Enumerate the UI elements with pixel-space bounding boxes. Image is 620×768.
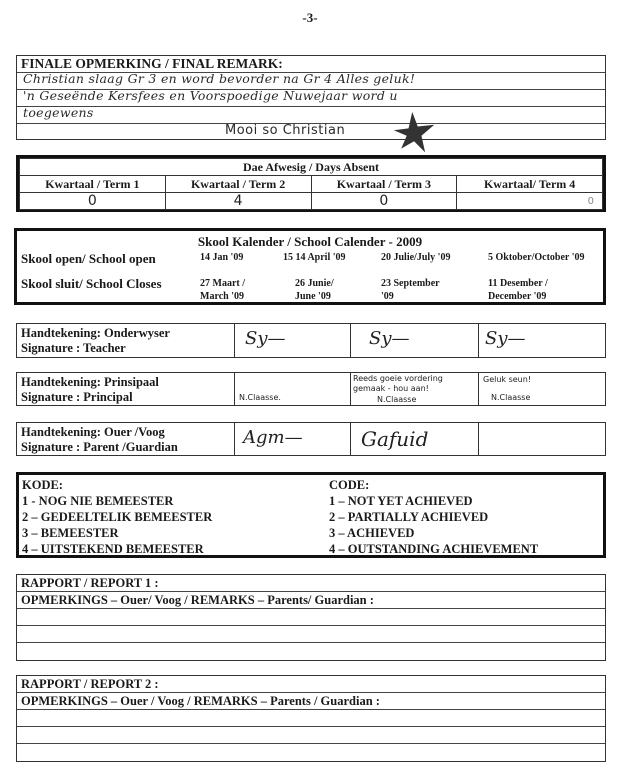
final-remark-heading: FINALE OPMERKING / FINAL REMARK: bbox=[21, 56, 283, 72]
teacher-signature-term-1[interactable]: Sy— bbox=[235, 324, 351, 357]
term-3-header: Kwartaal / Term 3 bbox=[311, 176, 457, 193]
open-date-term-4: 5 Oktober/October '09 bbox=[488, 251, 584, 264]
days-absent-table: Dae Afwesig / Days Absent Kwartaal / Ter… bbox=[16, 155, 606, 212]
term-4-value: 0 bbox=[457, 193, 603, 210]
parent-signature-term-2[interactable]: Gafuid bbox=[351, 423, 479, 455]
parent-signature-term-1[interactable]: Agm— bbox=[235, 423, 351, 455]
report-2-remark-line-2[interactable] bbox=[17, 727, 605, 744]
term-2-value: 4 bbox=[165, 193, 311, 210]
final-remark-box: FINALE OPMERKING / FINAL REMARK: Christi… bbox=[16, 55, 606, 140]
days-absent-title: Dae Afwesig / Days Absent bbox=[20, 159, 603, 176]
star-stamp-icon bbox=[392, 110, 438, 156]
report-2-box: RAPPORT / REPORT 2 : OPMERKINGS – Ouer /… bbox=[16, 675, 606, 762]
report-1-remark-line-1[interactable] bbox=[17, 609, 605, 626]
report-1-remark-line-3[interactable] bbox=[17, 643, 605, 660]
report-2-remark-line-1[interactable] bbox=[17, 710, 605, 727]
report-2-heading: RAPPORT / REPORT 2 : bbox=[17, 676, 605, 693]
close-date-term-1: 27 Maart / March '09 bbox=[200, 277, 245, 303]
teacher-signature-row: Handtekening: Onderwyser Signature : Tea… bbox=[16, 323, 606, 358]
teacher-signature-term-3[interactable]: Sy— bbox=[479, 324, 605, 357]
principal-signature-row: Handtekening: Prinsipaal Signature : Pri… bbox=[16, 372, 606, 406]
parent-signature-term-3[interactable] bbox=[479, 423, 605, 455]
report-1-box: RAPPORT / REPORT 1 : OPMERKINGS – Ouer/ … bbox=[16, 574, 606, 661]
term-2-header: Kwartaal / Term 2 bbox=[165, 176, 311, 193]
term-1-header: Kwartaal / Term 1 bbox=[20, 176, 166, 193]
remark-line-2: 'n Geseënde Kersfees en Voorspoedige Nuw… bbox=[23, 88, 398, 103]
remark-signoff: Mooi so Christian bbox=[225, 123, 345, 138]
teacher-signature-term-2[interactable]: Sy— bbox=[351, 324, 479, 357]
close-date-term-3: 23 September '09 bbox=[381, 277, 440, 303]
teacher-signature-label: Handtekening: Onderwyser Signature : Tea… bbox=[17, 324, 235, 357]
open-date-term-2: 15 14 April '09 bbox=[283, 251, 346, 264]
report-1-subheading: OPMERKINGS – Ouer/ Voog / REMARKS – Pare… bbox=[17, 592, 605, 609]
code-legend-box: KODE: 1 - NOG NIE BEMEESTER 2 – GEDEELTE… bbox=[16, 472, 606, 558]
calendar-title: Skool Kalender / School Calender - 2009 bbox=[17, 234, 603, 250]
term-4-header: Kwartaal/ Term 4 bbox=[457, 176, 603, 193]
school-open-label: Skool open/ School open bbox=[21, 251, 156, 267]
rule-line bbox=[17, 106, 605, 107]
report-2-subheading: OPMERKINGS – Ouer / Voog / REMARKS – Par… bbox=[17, 693, 605, 710]
parent-signature-row: Handtekening: Ouer /Voog Signature : Par… bbox=[16, 422, 606, 456]
principal-signature-term-1[interactable]: N.Claasse. bbox=[235, 373, 351, 405]
remark-line-1: Christian slaag Gr 3 en word bevorder na… bbox=[23, 71, 415, 86]
open-date-term-3: 20 Julie/July '09 bbox=[381, 251, 450, 264]
school-close-label: Skool sluit/ School Closes bbox=[21, 276, 162, 292]
code-legend-afrikaans: KODE: 1 - NOG NIE BEMEESTER 2 – GEDEELTE… bbox=[22, 477, 212, 557]
school-calendar-box: Skool Kalender / School Calender - 2009 … bbox=[14, 228, 606, 305]
page-number: -3- bbox=[0, 10, 620, 26]
term-3-value: 0 bbox=[311, 193, 457, 210]
principal-signature-term-2[interactable]: Reeds goeie vordering gemaak - hou aan! … bbox=[351, 373, 479, 405]
close-date-term-4: 11 Desember / December '09 bbox=[488, 277, 548, 303]
report-1-heading: RAPPORT / REPORT 1 : bbox=[17, 575, 605, 592]
report-2-remark-line-3[interactable] bbox=[17, 744, 605, 761]
remark-line-3: toegewens bbox=[23, 105, 94, 120]
open-date-term-1: 14 Jan '09 bbox=[200, 251, 243, 264]
parent-signature-label: Handtekening: Ouer /Voog Signature : Par… bbox=[17, 423, 235, 455]
principal-signature-term-3[interactable]: Geluk seun! N.Claasse bbox=[479, 373, 605, 405]
term-1-value: 0 bbox=[20, 193, 166, 210]
close-date-term-2: 26 Junie/ June '09 bbox=[295, 277, 334, 303]
principal-signature-label: Handtekening: Prinsipaal Signature : Pri… bbox=[17, 373, 235, 405]
code-legend-english: CODE: 1 – NOT YET ACHIEVED 2 – PARTIALLY… bbox=[329, 477, 538, 557]
report-1-remark-line-2[interactable] bbox=[17, 626, 605, 643]
